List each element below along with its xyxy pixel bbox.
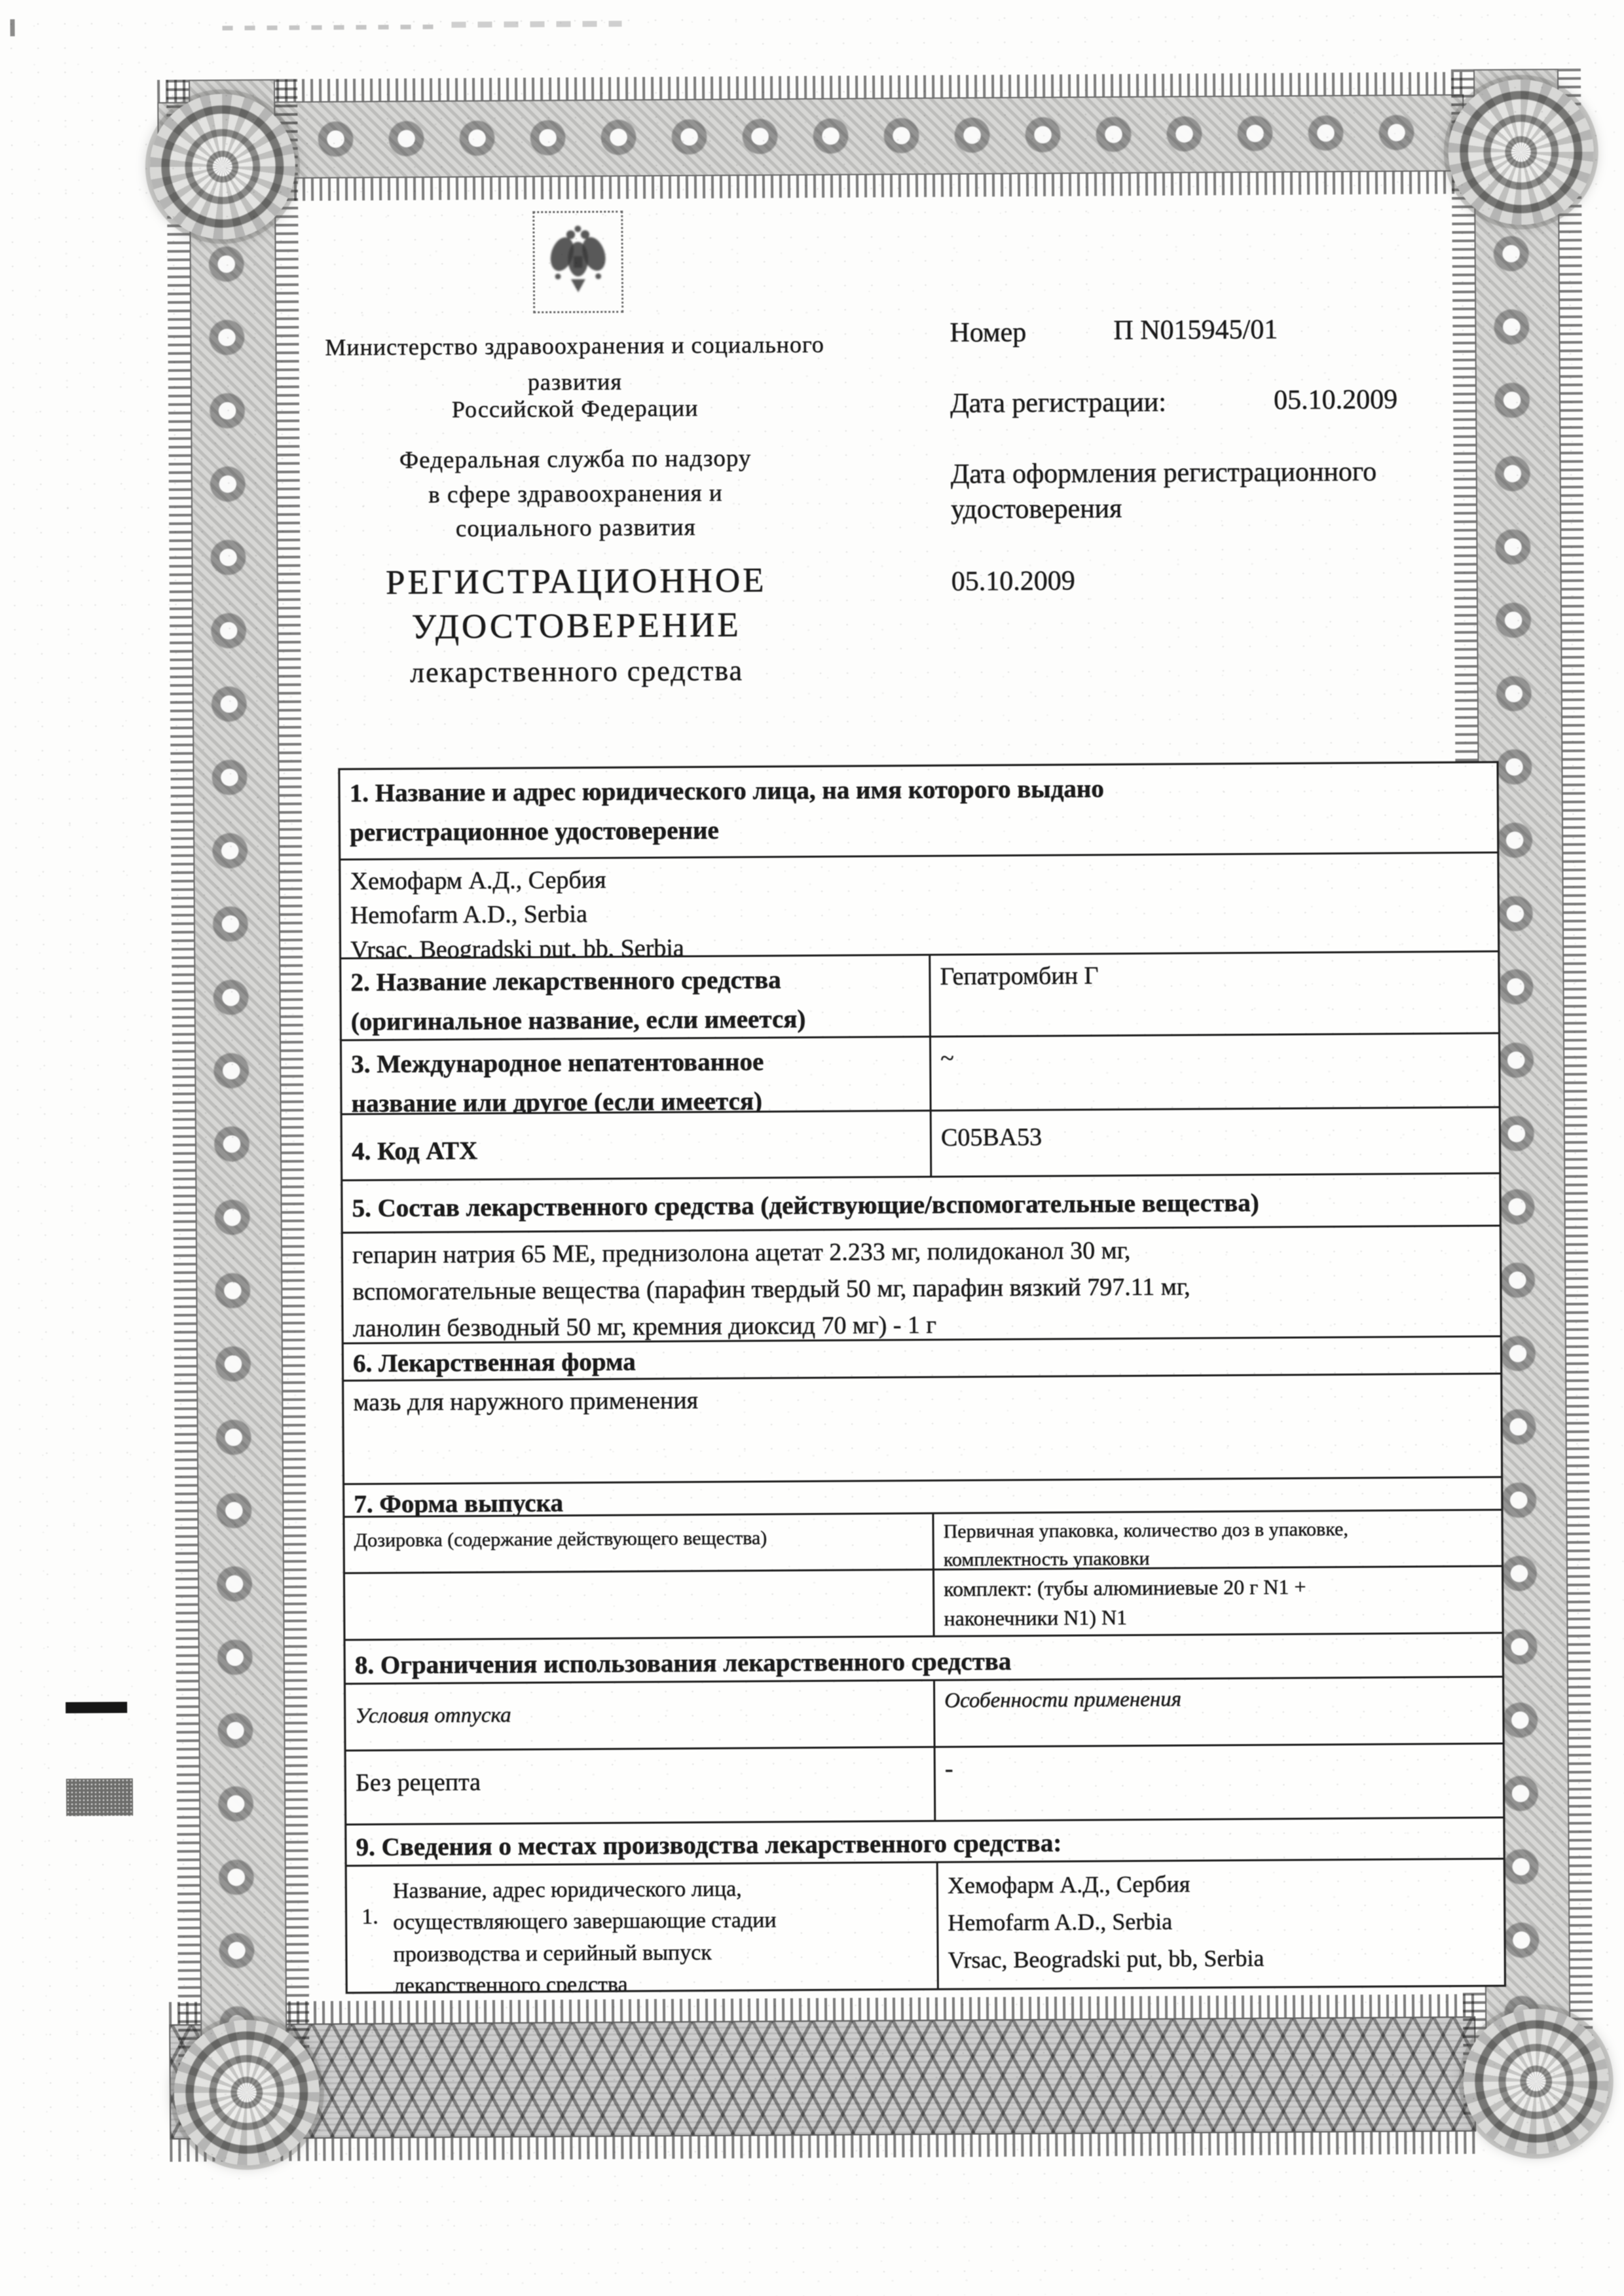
ministry-name-line1: Министерство здравоохранения и социально… — [303, 331, 846, 361]
manufacturer-value: Хемофарм А.Д., Сербия Hemofarm A.D., Ser… — [938, 1860, 1504, 1988]
manufacturer-label-line3: производства и серийный выпуск — [393, 1937, 777, 1971]
manufacturer-name-ru: Хемофарм А.Д., Сербия — [948, 1864, 1493, 1904]
dispensing-conditions-label: Условия отпуска — [346, 1681, 936, 1749]
composition-line1: гепарин натрия 65 МЕ, преднизолона ацета… — [352, 1232, 1190, 1274]
ministry-name-line2: развития — [303, 367, 847, 397]
drug-name-value: Гепатромбин Г — [931, 953, 1498, 1036]
manufacturer-row-number: 1. — [347, 1867, 394, 1992]
corner-rosette-bottom-right — [1463, 2009, 1609, 2155]
russia-coat-of-arms-emblem — [532, 211, 623, 314]
section-4-row: 4. Код АТХ C05BA53 — [342, 1108, 1500, 1182]
section-8-header: 8. Ограничения использования лекарственн… — [346, 1637, 1022, 1683]
holder-name-ru: Хемофарм А.Д., Сербия — [350, 862, 684, 899]
section-1-header-row: 1. Название и адрес юридического лица, н… — [340, 763, 1497, 861]
section-4-label: 4. Код АТХ — [342, 1112, 932, 1179]
ministry-name-line3: Российской Федерации — [303, 393, 847, 424]
license-holder-value: Хемофарм А.Д., Сербия Hemofarm A.D., Ser… — [341, 858, 694, 957]
number-label: Номер — [950, 317, 1026, 349]
section-1-header-line2: регистрационное удостоверение — [350, 809, 1105, 853]
manufacturer-label-cell: 1. Название, адрес юридического лица, ос… — [347, 1863, 939, 1992]
certificate-table: 1. Название и адрес юридического лица, н… — [338, 761, 1505, 1994]
registration-date-value: 05.10.2009 — [1274, 384, 1397, 416]
ornate-border-top — [157, 72, 1464, 202]
section-3-label-line1: 3. Международное непатентованное — [351, 1042, 919, 1085]
section-8-header-row: 8. Ограничения использования лекарственн… — [346, 1634, 1502, 1685]
section-3-row: 3. Международное непатентованное названи… — [342, 1034, 1499, 1116]
ornate-border-bottom — [169, 1994, 1476, 2162]
packaging-column-label: Первичная упаковка, количество доз в упа… — [934, 1511, 1501, 1569]
double-headed-eagle-icon — [542, 221, 614, 303]
section-8-values-row: Без рецепта - — [346, 1745, 1504, 1826]
section-5-header: 5. Состав лекарственного средства (дейст… — [342, 1176, 1270, 1232]
section-2-row: 2. Название лекарственного средства (ори… — [341, 953, 1498, 1042]
scan-pen-mark — [10, 19, 14, 36]
scan-smudge-top-2 — [451, 21, 621, 28]
section-7-subheader-row: Дозировка (содержание действующего вещес… — [344, 1511, 1501, 1575]
section-1-value-row: Хемофарм А.Д., Сербия Hemofarm A.D., Ser… — [341, 854, 1498, 960]
issuing-authority-block: Министерство здравоохранения и социально… — [301, 0, 844, 3]
holder-name-en: Hemofarm A.D., Serbia — [350, 897, 684, 934]
section-3-label: 3. Международное непатентованное названи… — [342, 1038, 932, 1113]
border-guilloche-top — [157, 94, 1464, 179]
section-7-header: 7. Форма выпуска — [344, 1484, 574, 1516]
composition-line3: ланолин безводный 50 мг, кремния диоксид… — [353, 1305, 1191, 1344]
atc-code-value: C05BA53 — [932, 1108, 1500, 1176]
issue-date-label-line2: удостоверения — [951, 493, 1122, 526]
section-6-header: 6. Лекарственная форма — [344, 1343, 646, 1380]
section-2-label-line1: 2. Название лекарственного средства — [350, 960, 918, 1003]
ornate-border-left — [166, 79, 310, 2125]
packaging-value-line2: наконечники N1) N1 — [944, 1601, 1491, 1634]
section-9-header: 9. Сведения о местах производства лекарс… — [346, 1821, 1072, 1865]
dispensing-conditions-value: Без рецепта — [346, 1748, 936, 1823]
packaging-label-line1: Первичная упаковка, количество доз в упа… — [943, 1515, 1490, 1546]
document-title-line1: РЕГИСТРАЦИОННОЕ — [304, 560, 848, 603]
scan-content: Министерство здравоохранения и социально… — [0, 0, 1624, 2296]
section-2-label: 2. Название лекарственного средства (ори… — [341, 956, 931, 1039]
service-name-line2: в сфере здравоохранения и — [304, 479, 847, 510]
manufacturer-label-line1: Название, адрес юридического лица, — [393, 1873, 777, 1907]
section-7-value-row: комплект: (тубы алюминиевые 20 г N1 + на… — [345, 1567, 1502, 1641]
issue-date-label-line1: Дата оформления регистрационного — [951, 456, 1377, 490]
dosage-value-empty — [345, 1571, 935, 1639]
border-lattice-bottom — [169, 2016, 1476, 2140]
section-9-header-row: 9. Сведения о местах производства лекарс… — [346, 1819, 1503, 1867]
section-8-labels-row: Условия отпуска Особенности применения — [346, 1678, 1503, 1752]
scanned-certificate-page: Министерство здравоохранения и социально… — [0, 0, 1624, 2296]
dosage-form-value: мазь для наружного применения — [344, 1379, 709, 1483]
registration-date-label: Дата регистрации: — [950, 387, 1166, 420]
service-name-line3: социального развития — [304, 513, 847, 544]
section-5-value-row: гепарин натрия 65 МЕ, преднизолона ацета… — [343, 1227, 1500, 1345]
packaging-value: комплект: (тубы алюминиевые 20 г N1 + на… — [934, 1567, 1502, 1635]
manufacturer-address: Vrsac, Beogradski put, bb, Serbia — [948, 1938, 1493, 1978]
corner-rosette-bottom-left — [174, 2020, 320, 2166]
section-2-label-line2: (оригинальное название, если имеется) — [351, 999, 919, 1041]
packaging-value-line1: комплект: (тубы алюминиевые 20 г N1 + — [944, 1571, 1491, 1605]
section-1-header-line1: 1. Название и адрес юридического лица, н… — [349, 769, 1104, 813]
registration-mark-halftone — [66, 1778, 133, 1816]
scan-smudge-top — [223, 24, 439, 30]
composition-value: гепарин натрия 65 МЕ, преднизолона ацета… — [343, 1228, 1201, 1342]
dosage-column-label: Дозировка (содержание действующего вещес… — [344, 1514, 934, 1572]
application-features-label: Особенности применения — [935, 1678, 1503, 1746]
section-3-label-line2: название или другое (если имеется) — [351, 1081, 919, 1115]
section-9-row: 1. Название, адрес юридического лица, ос… — [347, 1860, 1504, 1992]
corner-rosette-top-right — [1448, 79, 1594, 225]
document-title-line2: УДОСТОВЕРЕНИЕ — [304, 605, 848, 647]
manufacturer-name-en: Hemofarm A.D., Serbia — [948, 1901, 1493, 1942]
document-subtitle: лекарственного средства — [304, 653, 848, 690]
section-5-header-row: 5. Состав лекарственного средства (дейст… — [342, 1175, 1499, 1234]
registration-mark-bar — [65, 1702, 127, 1713]
service-name-line1: Федеральная служба по надзору — [303, 444, 847, 475]
composition-line2: вспомогательные вещества (парафин тверды… — [352, 1269, 1190, 1311]
section-1-header: 1. Название и адрес юридического лица, н… — [340, 765, 1115, 858]
issue-date-value: 05.10.2009 — [951, 566, 1075, 598]
section-6-value-row: мазь для наружного применения — [344, 1375, 1501, 1485]
manufacturer-label-line2: осуществляющего завершающие стадии — [393, 1905, 777, 1939]
manufacturer-label-line4: лекарственного средства — [394, 1968, 777, 1992]
inn-value: ~ — [931, 1034, 1499, 1110]
manufacturer-label: Название, адрес юридического лица, осуще… — [393, 1864, 787, 1992]
border-guilloche-left — [189, 79, 287, 2125]
number-value: П N015945/01 — [1113, 314, 1278, 347]
application-features-value: - — [936, 1745, 1504, 1820]
holder-address: Vrsac, Beogradski put, bb, Serbia — [350, 931, 684, 959]
corner-rosette-top-left — [149, 94, 295, 240]
